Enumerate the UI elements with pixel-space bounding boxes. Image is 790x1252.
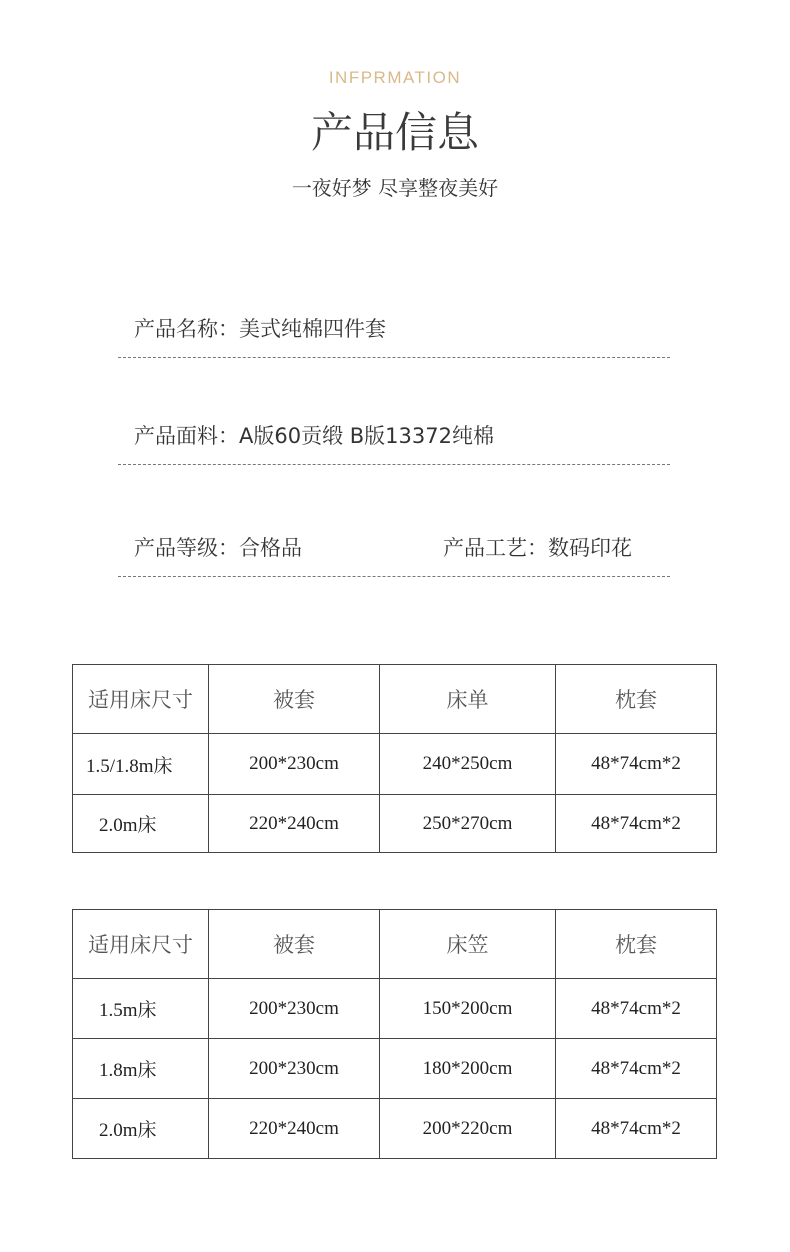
product-craft: 产品工艺：数码印花 — [443, 532, 632, 562]
cell-fitted-sheet: 200*220cm — [380, 1099, 556, 1159]
cell-duvet-cover: 220*240cm — [209, 795, 380, 853]
cell-duvet-cover: 220*240cm — [209, 1099, 380, 1159]
table-header-row: 适用床尺寸 被套 床单 枕套 — [73, 665, 717, 734]
product-fabric: 产品面料：A版60贡缎 B版13372纯棉 — [134, 420, 494, 450]
header-duvet-cover: 被套 — [209, 910, 380, 979]
section-eyebrow: INFPRMATION — [0, 68, 790, 88]
table-row: 2.0m床 220*240cm 200*220cm 48*74cm*2 — [73, 1099, 717, 1159]
header-bed-size: 适用床尺寸 — [73, 665, 209, 734]
cell-bed-size: 1.5/1.8m床 — [73, 734, 209, 795]
cell-fitted-sheet: 180*200cm — [380, 1039, 556, 1099]
info-row-grade-craft: 产品等级：合格品 产品工艺：数码印花 — [118, 510, 670, 577]
page-subtitle: 一夜好梦 尽享整夜美好 — [0, 172, 790, 201]
cell-duvet-cover: 200*230cm — [209, 734, 380, 795]
header-fitted-sheet: 床笠 — [380, 910, 556, 979]
page-title: 产品信息 — [0, 100, 790, 160]
table-row: 1.8m床 200*230cm 180*200cm 48*74cm*2 — [73, 1039, 717, 1099]
cell-pillowcase: 48*74cm*2 — [556, 734, 717, 795]
cell-bed-size: 2.0m床 — [73, 795, 209, 853]
cell-pillowcase: 48*74cm*2 — [556, 1039, 717, 1099]
table-row: 2.0m床 220*240cm 250*270cm 48*74cm*2 — [73, 795, 717, 853]
table-header-row: 适用床尺寸 被套 床笠 枕套 — [73, 910, 717, 979]
cell-flat-sheet: 250*270cm — [380, 795, 556, 853]
cell-flat-sheet: 240*250cm — [380, 734, 556, 795]
cell-pillowcase: 48*74cm*2 — [556, 979, 717, 1039]
header-pillowcase: 枕套 — [556, 665, 717, 734]
cell-duvet-cover: 200*230cm — [209, 979, 380, 1039]
cell-fitted-sheet: 150*200cm — [380, 979, 556, 1039]
cell-bed-size: 2.0m床 — [73, 1099, 209, 1159]
info-row-name: 产品名称：美式纯棉四件套 — [118, 300, 670, 358]
header-flat-sheet: 床单 — [380, 665, 556, 734]
size-table-sheet: 适用床尺寸 被套 床单 枕套 1.5/1.8m床 200*230cm 240*2… — [72, 664, 717, 853]
cell-bed-size: 1.8m床 — [73, 1039, 209, 1099]
cell-pillowcase: 48*74cm*2 — [556, 795, 717, 853]
table-row: 1.5m床 200*230cm 150*200cm 48*74cm*2 — [73, 979, 717, 1039]
size-table-fitted: 适用床尺寸 被套 床笠 枕套 1.5m床 200*230cm 150*200cm… — [72, 909, 717, 1159]
header-pillowcase: 枕套 — [556, 910, 717, 979]
info-row-fabric: 产品面料：A版60贡缎 B版13372纯棉 — [118, 400, 670, 465]
product-name: 产品名称：美式纯棉四件套 — [134, 313, 386, 343]
cell-bed-size: 1.5m床 — [73, 979, 209, 1039]
product-grade: 产品等级：合格品 — [134, 532, 302, 562]
header-duvet-cover: 被套 — [209, 665, 380, 734]
header-bed-size: 适用床尺寸 — [73, 910, 209, 979]
cell-pillowcase: 48*74cm*2 — [556, 1099, 717, 1159]
cell-duvet-cover: 200*230cm — [209, 1039, 380, 1099]
table-row: 1.5/1.8m床 200*230cm 240*250cm 48*74cm*2 — [73, 734, 717, 795]
